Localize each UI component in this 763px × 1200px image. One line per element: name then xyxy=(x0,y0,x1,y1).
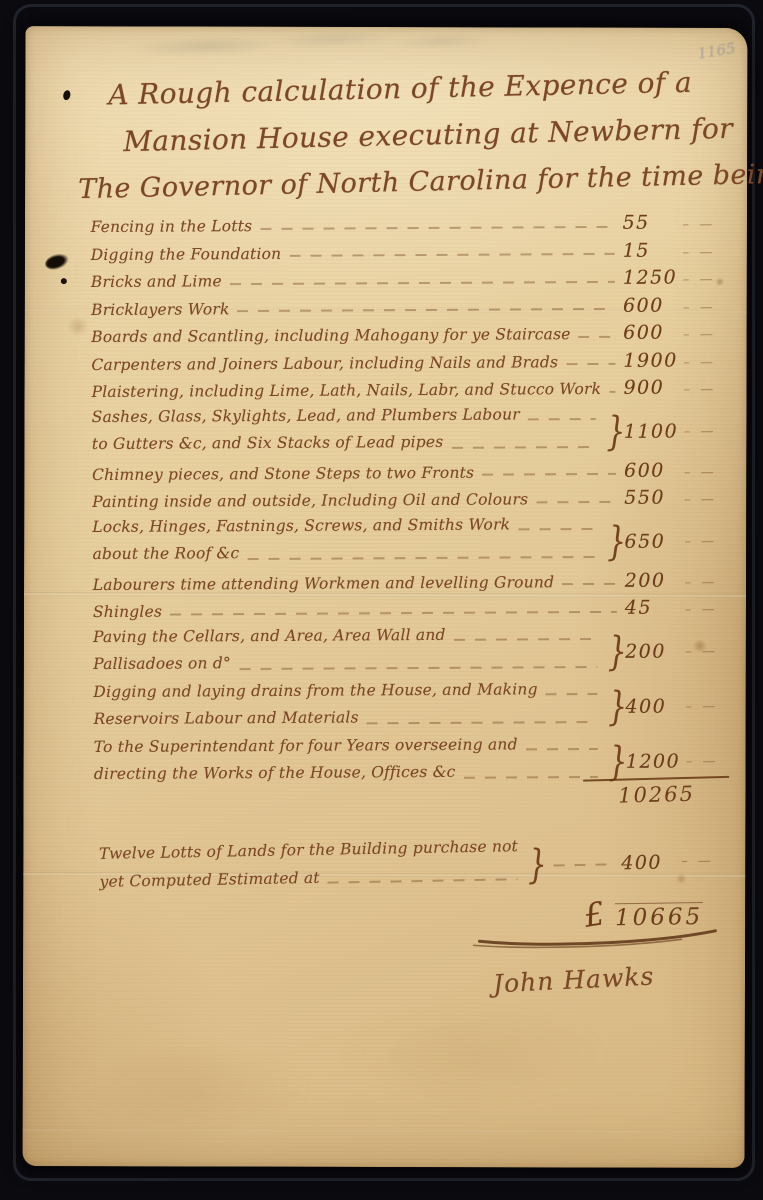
item-amount: 45 xyxy=(625,596,685,618)
dash-leader xyxy=(536,501,616,503)
amount-dashes: – — xyxy=(684,424,732,439)
item-description: Locks, Hinges, Fastnings, Screws, and Sm… xyxy=(92,515,510,536)
pencil-smudge xyxy=(135,23,496,63)
expense-row: Paving the Cellars, and Area, Area Wall … xyxy=(93,624,733,683)
item-amount: 1250 xyxy=(623,266,683,288)
dash-leader xyxy=(454,638,597,641)
item-amount: 650 xyxy=(624,530,684,552)
item-amount: 1200 xyxy=(626,750,686,772)
item-amount: 200 xyxy=(625,640,685,662)
dash-leader xyxy=(562,583,617,585)
dash-leader xyxy=(451,446,595,449)
expense-list: Fencing in the Lotts 55 – — Digging the … xyxy=(90,211,734,792)
expense-row: Bricks and Lime 1250 – — xyxy=(91,266,731,297)
item-description: Twelve Lotts of Lands for the Building p… xyxy=(99,837,518,863)
manuscript-page: 1165 A Rough calculation of the Expence … xyxy=(23,26,748,1168)
item-description: Carpenters and Joiners Labour, including… xyxy=(91,353,558,374)
stain xyxy=(83,986,643,1157)
ink-dot xyxy=(62,89,71,100)
amount-dashes: – — xyxy=(684,492,732,507)
item-description: To the Superintendant for four Years ove… xyxy=(94,735,518,756)
ink-dot xyxy=(61,278,67,284)
item-amount: 55 xyxy=(622,211,682,233)
item-description: Chimney pieces, and Stone Steps to two F… xyxy=(92,463,474,483)
item-description: Boards and Scantling, including Mahogany… xyxy=(91,325,570,346)
item-description: Bricks and Lime xyxy=(91,272,222,291)
grand-total: £ 10665 xyxy=(471,888,722,948)
ink-blot xyxy=(43,251,70,273)
amount-dashes: – — xyxy=(683,355,731,370)
expense-row: Bricklayers Work 600 – — xyxy=(91,294,731,325)
expense-row: Painting inside and outside, Including O… xyxy=(92,486,732,517)
document-title: A Rough calculation of the Expence of a … xyxy=(76,58,729,213)
item-amount: 1100 xyxy=(624,420,684,442)
item-description: Pallisadoes on d° xyxy=(93,654,231,673)
item-amount: 200 xyxy=(625,569,685,591)
amount-dashes: – — xyxy=(685,699,733,714)
dash-leader xyxy=(579,336,616,338)
amount-dashes: – — xyxy=(685,575,733,590)
item-amount: 400 xyxy=(625,695,685,717)
item-description: Shingles xyxy=(93,603,162,621)
amount-dashes: – — xyxy=(684,534,732,549)
dash-leader xyxy=(553,863,613,866)
dash-leader xyxy=(528,418,596,420)
item-description: Bricklayers Work xyxy=(91,300,230,319)
item-description: Painting inside and outside, Including O… xyxy=(92,490,528,511)
dash-leader xyxy=(464,776,598,779)
item-amount: 600 xyxy=(623,321,683,343)
dash-leader xyxy=(609,391,615,393)
item-description: Reservoirs Labour and Materials xyxy=(94,708,359,728)
amount-dashes: – — xyxy=(681,853,729,869)
item-amount: 600 xyxy=(623,294,683,316)
dash-leader xyxy=(546,693,598,695)
amount-dashes: – — xyxy=(683,300,731,315)
item-description: about the Roof &c xyxy=(93,544,240,563)
item-amount: 400 xyxy=(621,851,681,874)
item-description: Labourers time attending Workmen and lev… xyxy=(93,573,555,594)
expense-row: Boards and Scantling, including Mahogany… xyxy=(91,321,731,352)
amount-dashes: – — xyxy=(685,644,733,659)
amount-dashes: – — xyxy=(686,754,734,769)
dash-leader xyxy=(482,473,616,476)
item-description: to Gutters &c, and Six Stacks of Lead pi… xyxy=(92,433,444,453)
dash-leader xyxy=(238,308,616,312)
dash-leader xyxy=(367,721,598,724)
item-description: directing the Works of the House, Office… xyxy=(94,763,456,783)
amount-dashes: – — xyxy=(683,245,731,260)
dash-leader xyxy=(230,281,615,285)
dash-leader xyxy=(170,611,617,616)
expense-row: Labourers time attending Workmen and lev… xyxy=(93,569,733,600)
dash-leader xyxy=(289,253,614,257)
item-description: Paving the Cellars, and Area, Area Wall … xyxy=(93,625,446,645)
item-amount: 600 xyxy=(624,459,684,481)
scan-background: 1165 A Rough calculation of the Expence … xyxy=(0,0,763,1200)
item-amount: 15 xyxy=(623,239,683,261)
dash-leader xyxy=(328,878,518,883)
item-amount: 550 xyxy=(624,486,684,508)
expense-row: Shingles 45 – — xyxy=(93,596,733,627)
item-description: yet Computed Estimated at xyxy=(99,868,320,890)
dash-leader xyxy=(518,528,596,530)
amount-dashes: – — xyxy=(684,382,732,397)
subtotal-amount: 10265 xyxy=(583,776,730,809)
expense-row: Digging the Foundation 15 – — xyxy=(91,239,731,270)
foxing-spot xyxy=(65,318,91,334)
expense-row: Digging and laying drains from the House… xyxy=(93,679,733,738)
expense-row: Fencing in the Lotts 55 – — xyxy=(90,211,730,242)
item-amount: 900 xyxy=(623,376,683,398)
dash-leader xyxy=(247,556,596,560)
dash-leader xyxy=(566,363,615,365)
dash-leader xyxy=(526,748,598,750)
dash-leader xyxy=(239,666,597,670)
item-description: Digging and laying drains from the House… xyxy=(93,680,537,701)
expense-row: Chimney pieces, and Stone Steps to two F… xyxy=(92,459,732,490)
underline-flourish xyxy=(471,922,721,950)
expense-row: Sashes, Glass, Skylights, Lead, and Plum… xyxy=(92,404,732,463)
amount-dashes: – — xyxy=(683,327,731,342)
expense-row: Plaistering, including Lime, Lath, Nails… xyxy=(91,376,731,407)
item-amount: 1900 xyxy=(623,349,683,371)
item-description: Plaistering, including Lime, Lath, Nails… xyxy=(92,380,602,401)
dash-leader xyxy=(260,226,614,230)
amount-dashes: – — xyxy=(684,465,732,480)
amount-dashes: – — xyxy=(683,272,731,287)
item-description: Sashes, Glass, Skylights, Lead, and Plum… xyxy=(92,405,520,426)
amount-dashes: – — xyxy=(685,602,733,617)
expense-row: Locks, Hinges, Fastnings, Screws, and Sm… xyxy=(92,514,732,573)
amount-dashes: – — xyxy=(683,217,731,232)
expense-row: Carpenters and Joiners Labour, including… xyxy=(91,349,731,380)
item-description: Digging the Foundation xyxy=(91,244,282,263)
item-description: Fencing in the Lotts xyxy=(91,217,253,236)
